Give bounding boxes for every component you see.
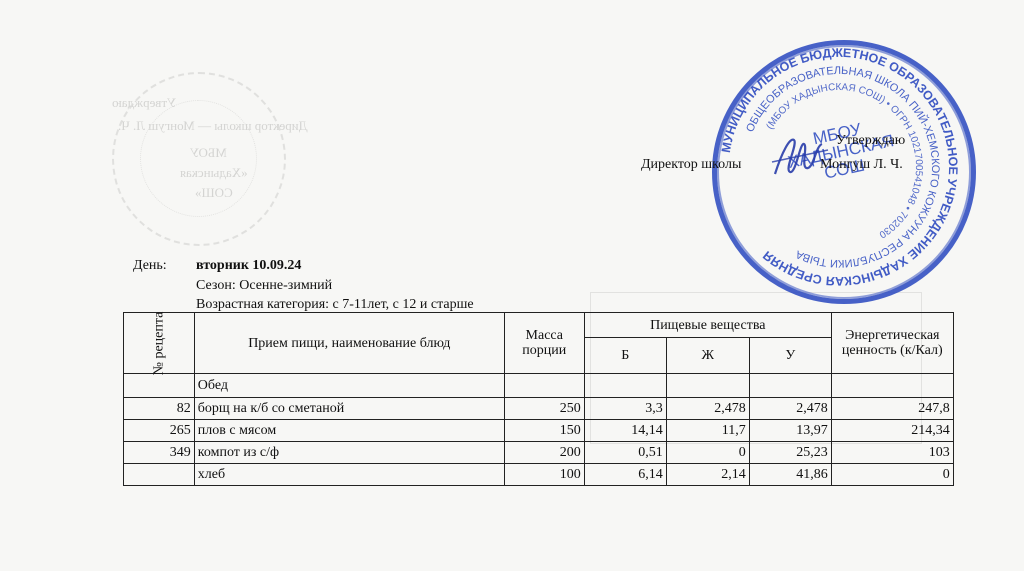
table-row: 349компот из с/ф2000,51025,23103: [124, 442, 954, 464]
director-position: Директор школы: [641, 157, 741, 173]
bleed-through-stamp-line3: СОШ»: [195, 185, 233, 201]
header-proteins: Б: [584, 338, 666, 374]
header-recipe-no: № рецепта: [124, 313, 195, 374]
cell-fats: 0: [666, 442, 749, 464]
header-carbs: У: [749, 338, 831, 374]
meal-name: Обед: [194, 374, 504, 398]
cell-portion-mass: 250: [504, 398, 584, 420]
cell-recipe-no: [124, 464, 195, 486]
cell-proteins: 6,14: [584, 464, 666, 486]
cell-energy: 214,34: [831, 420, 953, 442]
cell-fats: 2,478: [666, 398, 749, 420]
table-row: 82борщ на к/б со сметаной2503,32,4782,47…: [124, 398, 954, 420]
day-value: вторник 10.09.24: [196, 258, 301, 274]
signature-icon: [770, 132, 830, 182]
cell-carbs: 13,97: [749, 420, 831, 442]
header-portion-mass: Масса порции: [504, 313, 584, 374]
director-name: Монгуш Л. Ч.: [820, 157, 903, 173]
header-dish: Прием пищи, наименование блюд: [194, 313, 504, 374]
day-label: День:: [133, 258, 167, 274]
cell-portion-mass: 100: [504, 464, 584, 486]
cell-energy: 247,8: [831, 398, 953, 420]
cell-proteins: 14,14: [584, 420, 666, 442]
approve-label: Утверждаю: [836, 133, 905, 149]
season: Сезон: Осенне-зимний: [196, 278, 332, 294]
cell-dish-name: компот из с/ф: [194, 442, 504, 464]
cell-carbs: 25,23: [749, 442, 831, 464]
menu-table: № рецепта Прием пищи, наименование блюд …: [123, 312, 954, 486]
header-energy: Энергетическая ценность (к/Кал): [831, 313, 953, 374]
cell-recipe-no: 82: [124, 398, 195, 420]
header-fats: Ж: [666, 338, 749, 374]
cell-fats: 11,7: [666, 420, 749, 442]
cell-energy: 0: [831, 464, 953, 486]
cell-dish-name: плов с мясом: [194, 420, 504, 442]
bleed-through-position: Директор школы — Монгуш Л. Ч.: [118, 118, 308, 134]
cell-proteins: 3,3: [584, 398, 666, 420]
bleed-through-approve: Утверждаю: [112, 95, 176, 111]
cell-dish-name: борщ на к/б со сметаной: [194, 398, 504, 420]
bleed-through-stamp-line2: «Хадынская: [180, 165, 248, 181]
age-category: Возрастная категория: с 7-11лет, с 12 и …: [196, 297, 474, 313]
cell-proteins: 0,51: [584, 442, 666, 464]
table-row: 265плов с мясом15014,1411,713,97214,34: [124, 420, 954, 442]
header-nutrients: Пищевые вещества: [584, 313, 831, 338]
cell-dish-name: хлеб: [194, 464, 504, 486]
cell-recipe-no: 349: [124, 442, 195, 464]
cell-carbs: 2,478: [749, 398, 831, 420]
cell-carbs: 41,86: [749, 464, 831, 486]
cell-fats: 2,14: [666, 464, 749, 486]
cell-energy: 103: [831, 442, 953, 464]
cell-portion-mass: 200: [504, 442, 584, 464]
bleed-through-stamp-line1: МБОУ: [190, 145, 227, 161]
cell-recipe-no: 265: [124, 420, 195, 442]
table-row: хлеб1006,142,1441,860: [124, 464, 954, 486]
cell-portion-mass: 150: [504, 420, 584, 442]
